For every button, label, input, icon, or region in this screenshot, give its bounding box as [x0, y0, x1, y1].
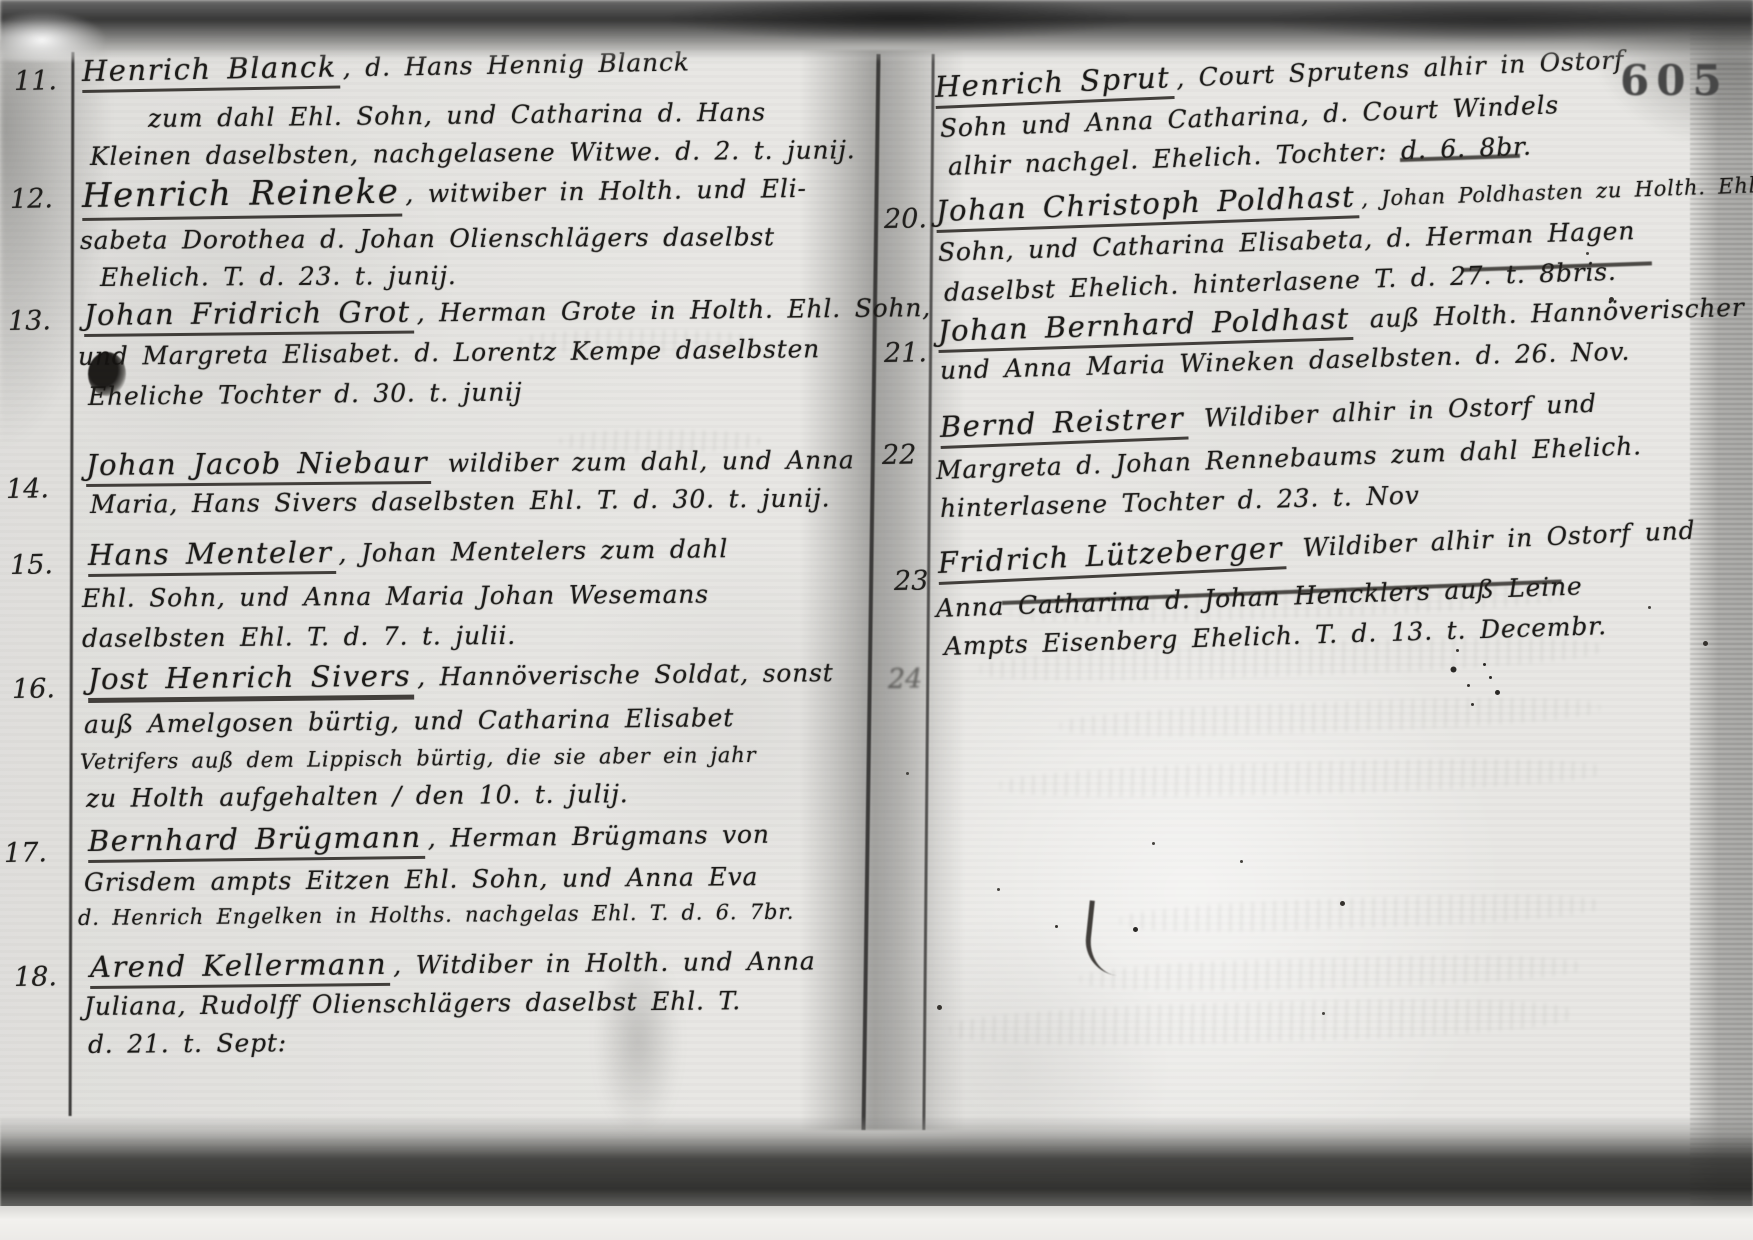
entry-text: , witwiber in Holth. und Eli-	[405, 174, 807, 209]
entry-number: 22	[882, 439, 917, 471]
entry-name: Henrich Sprut	[934, 60, 1174, 109]
scan-top-edge-shadow	[0, 0, 1753, 62]
entry-name: Bernhard Brügmann	[88, 820, 425, 863]
entry-text: , Hannöverische Soldat, sonst	[417, 658, 834, 691]
entry-name: Johan Jacob Niebaur	[86, 445, 431, 487]
entry-name: Bernd Reistrer	[939, 401, 1188, 449]
ghost-entry-number: 24	[888, 664, 922, 695]
entry-number: 17.	[4, 837, 47, 869]
entry-text: , Johan Poldhasten zu Holth. Ehl.	[1361, 173, 1753, 211]
entry-line: sabeta Dorothea d. Johan Olienschlägers …	[80, 222, 775, 255]
entry-number: 13.	[8, 305, 51, 337]
entry-text: Wildiber alhir in Ostorf und	[1190, 389, 1598, 434]
entry-number: 21.	[884, 337, 927, 369]
scan-bottom-strip	[0, 1206, 1753, 1240]
entry-line: Ehelich. T. d. 23. t. junij.	[100, 261, 457, 292]
entry-text: wildiber zum dahl, und Anna	[434, 445, 855, 478]
entry-name: Arend Kellermann	[90, 947, 391, 989]
entry-name: Johan Christoph Poldhast	[935, 179, 1359, 233]
entry-name: Hans Menteler	[88, 535, 336, 577]
entry-text: , Herman Brügmans von	[427, 820, 769, 853]
scan-bottom-edge-shadow	[0, 1116, 1753, 1212]
entry-line: Bernhard Brügmann, Herman Brügmans von	[88, 816, 770, 863]
entry-line: daselbsten Ehl. T. d. 7. t. julii.	[82, 621, 516, 653]
ink-blot	[88, 352, 126, 396]
entry-number: 11.	[14, 65, 57, 97]
entry-name: Fridrich Lützeberger	[937, 530, 1287, 585]
entry-text: , Witdiber in Holth. und Anna	[393, 946, 816, 979]
entry-name: Henrich Reineke	[82, 172, 403, 221]
entry-line: Grisdem ampts Eitzen Ehl. Sohn, und Anna…	[84, 862, 758, 897]
entry-number: 18.	[14, 961, 57, 993]
entry-line: Arend Kellermann, Witdiber in Holth. und…	[90, 942, 816, 989]
entry-text: auß Holth. Hannöverischer Soldat	[1356, 290, 1753, 334]
entry-text: , Herman Grote in Holth. Ehl. Sohn,	[417, 293, 932, 327]
entry-line: zu Holth aufgehalten / den 10. t. julij.	[86, 779, 629, 813]
entry-name: Jost Henrich Sivers	[88, 659, 415, 703]
entry-text: , Johan Mentelers zum dahl	[338, 534, 728, 568]
entry-line: Juliana, Rudolff Olienschlägers daselbst…	[84, 986, 741, 1021]
entry-name: Johan Fridrich Grot	[84, 295, 414, 337]
entry-line: Johan Jacob Niebaur wildiber zum dahl, u…	[86, 441, 855, 487]
entry-line: Ehl. Sohn, und Anna Maria Johan Wesemans	[82, 580, 709, 613]
entry-number: 16.	[12, 673, 55, 705]
page-number: 605	[1620, 56, 1729, 105]
entry-line: d. 21. t. Sept:	[88, 1028, 287, 1059]
entry-line: Fridrich Lützeberger Wildiber alhir in O…	[937, 512, 1696, 585]
entry-line: Eheliche Tochter d. 30. t. junij	[88, 377, 523, 411]
entry-text: Wildiber alhir in Ostorf und	[1288, 516, 1696, 563]
entry-line: Jost Henrich Sivers, Hannöverische Solda…	[88, 654, 834, 703]
entry-line: hinterlasene Tochter d. 23. t. Nov	[940, 481, 1420, 523]
entry-number: 14.	[6, 473, 49, 505]
register-scan: 11. Henrich Blanck, d. Hans Hennig Blanc…	[0, 0, 1753, 1240]
entry-line: Hans Menteler, Johan Mentelers zum dahl	[88, 530, 729, 577]
entry-number: 15.	[10, 549, 53, 581]
entry-number: 12.	[10, 183, 53, 215]
entry-number: 23	[894, 565, 929, 597]
entry-number: 20.	[884, 203, 927, 235]
